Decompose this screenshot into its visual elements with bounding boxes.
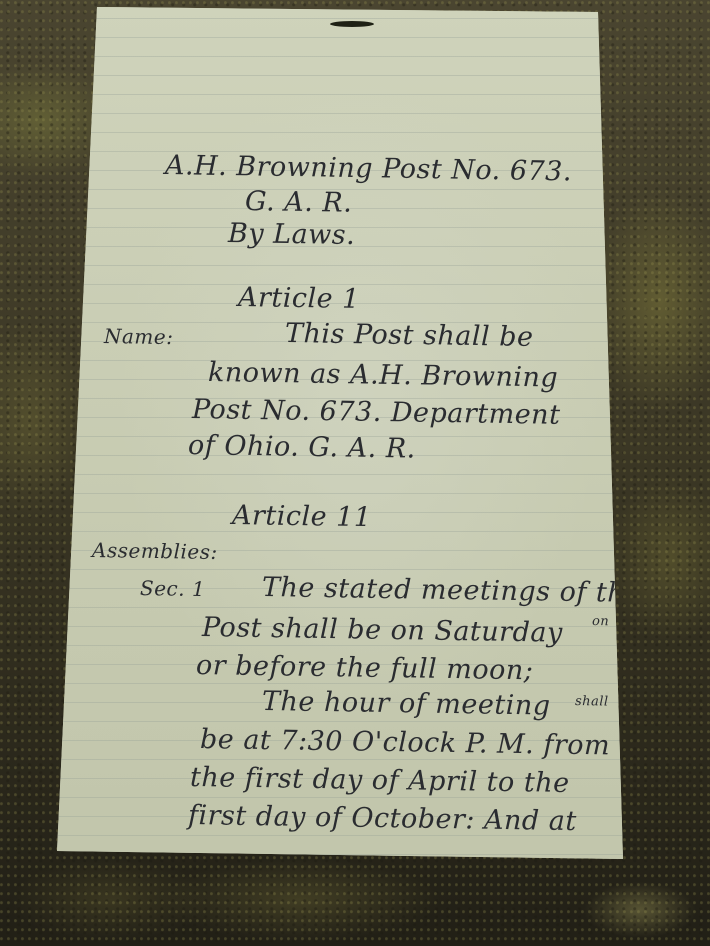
article-2-line: Post shall be on Saturday (202, 612, 563, 649)
article-1-line: Post No. 673. Department (192, 394, 561, 431)
header-post-name: A.H. Browning Post No. 673. (165, 150, 572, 187)
article-2-line: or before the full moon; (196, 650, 534, 686)
article-1-line: This Post shall be (285, 318, 534, 353)
punch-slot (330, 21, 374, 27)
article-2-line: The hour of meeting (262, 686, 551, 722)
article-1-line: of Ohio. G. A. R. (188, 430, 416, 465)
article-1-label: Name: (104, 324, 174, 349)
article-2-line: the first day of April to the (190, 762, 570, 799)
article-2-line: The stated meetings of this (262, 572, 649, 609)
article-2-line: be at 7:30 O'clock P. M. from (200, 724, 611, 761)
article-2-title: Article 11 (232, 500, 372, 533)
article-1-line: known as A.H. Browning (208, 357, 559, 393)
header-bylaws: By Laws. (228, 218, 356, 251)
header-gar: G. A. R. (245, 186, 353, 219)
article-2-label: Assemblies: (92, 538, 218, 564)
insert-on: on (592, 614, 609, 629)
insert-shall: shall (575, 694, 609, 710)
section-1-label: Sec. 1 (140, 576, 206, 601)
article-2-line: first day of October: And at (188, 800, 577, 837)
article-1-title: Article 1 (238, 282, 360, 315)
